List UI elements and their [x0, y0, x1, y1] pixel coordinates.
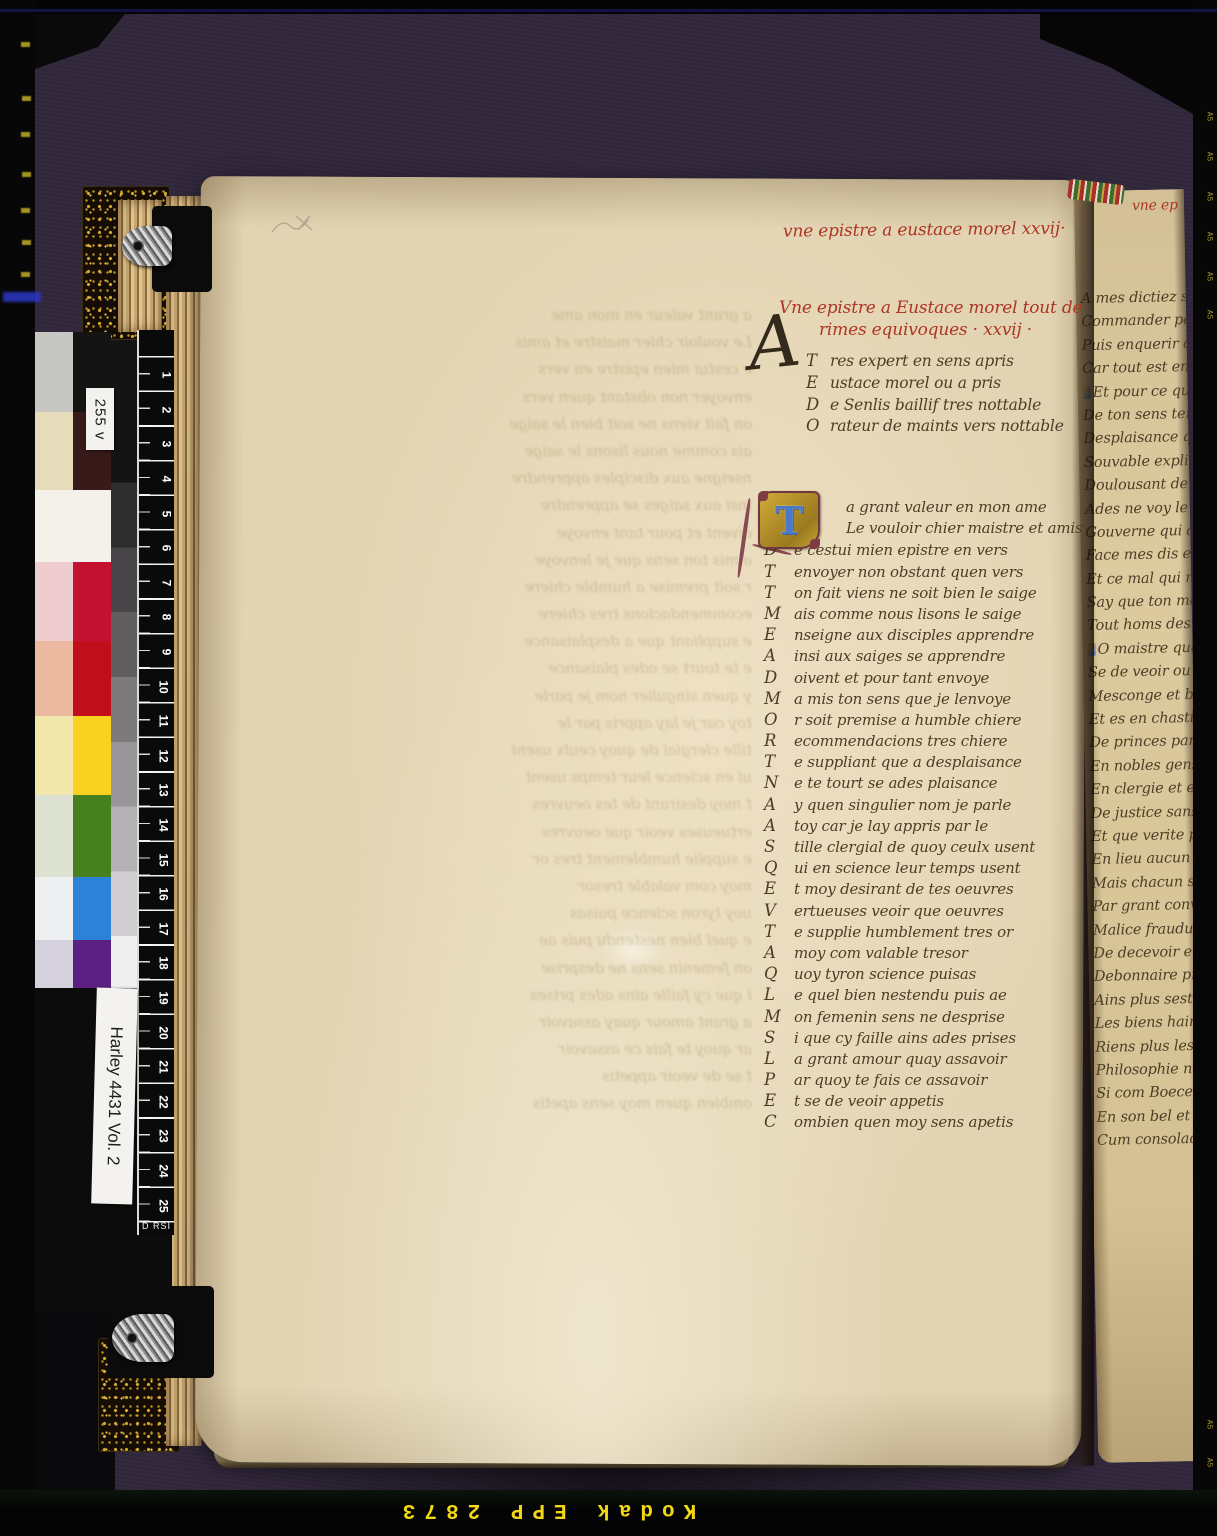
verse-line: Amoy com valable tresor — [764, 943, 1082, 964]
verse-line: Ains plus sestudient — [1094, 990, 1208, 1016]
ruler-number: 1 — [139, 358, 174, 393]
color-patch-row — [35, 716, 111, 795]
ruler-number: 13 — [139, 773, 174, 808]
verse-line: Se de veoir ou tempe — [1088, 663, 1208, 689]
metal-clamp-bottom — [112, 1314, 174, 1362]
verse-line: Orateur de maints vers nottable — [806, 416, 1064, 438]
verse-line: Les biens hains qui — [1095, 1013, 1209, 1039]
ruler-number: 9 — [139, 635, 174, 670]
ruler-number: 4 — [139, 462, 174, 497]
verse-line: En nobles gens et en — [1090, 756, 1208, 782]
ruler-number: 17 — [139, 912, 174, 947]
ruler-number: 21 — [139, 1050, 174, 1085]
calligraphic-initial-A: A — [744, 303, 803, 380]
verse-line: Eustace morel ou a pris — [806, 373, 1064, 395]
ruler-number: 20 — [139, 1015, 174, 1050]
color-patch-left — [35, 716, 73, 795]
ruler-number: 18 — [139, 946, 174, 981]
film-edge-left — [0, 0, 35, 1536]
ruler-number: 11 — [139, 704, 174, 739]
verse-line: Ades ne voy le mond — [1085, 499, 1208, 525]
verse-line: Tres expert en sens apris — [806, 351, 1064, 373]
color-patch-row — [35, 562, 111, 641]
ruler-number: 6 — [139, 531, 174, 566]
verse-line: Si que cy faille ains ades prises — [764, 1028, 1082, 1049]
grayscale-step-wedge — [111, 340, 137, 988]
verse-line: Combien quen moy sens apetis — [764, 1112, 1082, 1133]
ruler-number: 25 — [139, 1188, 174, 1223]
verse-line: Mesconge et barat — [1088, 686, 1208, 712]
verse-line: Mais chacun sefforce — [1092, 873, 1208, 899]
verse-line: Et es en chastiaulx — [1089, 709, 1208, 735]
running-title: vne epistre a eustace morel xxvij· — [783, 218, 1083, 241]
color-patch-left — [35, 877, 73, 940]
initial-letter: T — [760, 493, 818, 547]
color-patch-left — [35, 940, 73, 988]
verse-line: Tenvoyer non obstant quen vers — [764, 562, 1082, 583]
verse-line: Philosophie nous ap — [1096, 1060, 1209, 1086]
verse-line: Ainsi aux saiges se apprendre — [764, 646, 1082, 667]
color-patch-right — [73, 940, 111, 988]
ruler-number: 2 — [139, 393, 174, 428]
color-patch-right — [73, 795, 111, 877]
ruler-number: 7 — [139, 566, 174, 601]
ruler-number: 23 — [139, 1119, 174, 1154]
film-brand-text: Kodak EPP 2873 — [295, 1498, 795, 1521]
verse-line: Recommendacions tres chiere — [764, 731, 1082, 752]
verse-line: Malice frauduleuse — [1093, 920, 1208, 946]
verse-line: Doivent et pour tant envoye — [764, 668, 1082, 689]
rubric-heading: Vne epistre a Eustace morel tout de rime… — [779, 297, 1099, 341]
color-patch-left — [35, 795, 73, 877]
film-edge-right — [1193, 0, 1217, 1536]
verse-line: Gouverne qui de mal — [1085, 522, 1208, 548]
color-patch-left — [35, 332, 73, 412]
folio-number-label: 255 v — [86, 388, 114, 450]
verse-line: Say que ton meism — [1087, 592, 1209, 618]
metal-clamp-top — [122, 226, 172, 266]
film-edge-blue-mark — [3, 292, 41, 302]
color-patch-row — [35, 490, 111, 562]
verse-line: En clergie et en toute — [1090, 779, 1208, 805]
verse-line: Et moy desirant de tes oeuvres — [764, 879, 1082, 900]
color-patch-row — [35, 795, 111, 877]
verse-line: Tout homs desire e — [1087, 616, 1208, 642]
verse-line: Le quel bien nestendu puis ae — [764, 985, 1082, 1006]
verse-line: Quoy tyron science puisas — [764, 964, 1082, 985]
illuminated-initial: T — [758, 491, 820, 549]
verse-line: Mon femenin sens ne desprise — [764, 1007, 1082, 1028]
verse-line: Atoy car je lay appris par le — [764, 816, 1082, 837]
poem-text-column: a grant valeur en mon ame Le vouloir chi… — [764, 498, 1082, 1134]
verse-line: Par quoy te fais ce assavoir — [764, 1070, 1082, 1091]
verse-line: Te supplie humblement tres or — [764, 922, 1082, 943]
measuring-ruler: 1234567891011121314151617181920212223242… — [137, 330, 174, 1235]
verse-line: Te suppliant que a desplaisance — [764, 752, 1082, 773]
film-edge-blue-line — [0, 9, 1217, 12]
recto-running-title: vne ep — [1132, 197, 1178, 214]
verse-line: Stille clergial de quoy ceulx usent — [764, 837, 1082, 858]
color-patch-row — [35, 641, 111, 716]
verse-line: Par grant convoitise — [1092, 896, 1208, 922]
ruler-number: 10 — [139, 669, 174, 704]
verse-line: Enseigne aux disciples apprendre — [764, 625, 1082, 646]
ruler-footer-text: D RSI — [142, 1221, 171, 1231]
clamp-hole — [132, 240, 144, 252]
verse-line: Ay quen singulier nom je parle — [764, 795, 1082, 816]
verse-line: De princes par viel c — [1089, 733, 1208, 759]
color-patch-right — [73, 716, 111, 795]
verse-line: Ton fait viens ne soit bien le saige — [764, 583, 1082, 604]
verse-line: Et que verite point n — [1091, 826, 1208, 852]
verse-line: De justice sans doubte — [1091, 803, 1209, 829]
verse-line: Cum consolacion non — [1097, 1130, 1208, 1156]
manuscript-photograph: a grant valeur en mon ameLe vouloir chie… — [0, 0, 1217, 1536]
verse-line: Riens plus les mo — [1095, 1037, 1208, 1063]
clamp-hole — [126, 1332, 138, 1344]
rubric-heading-line1: Vne epistre a Eustace morel tout de — [779, 297, 1099, 319]
verse-line: Ne te tourt se ades plaisance — [764, 773, 1082, 794]
verse-line: Or soit premise a humble chiere — [764, 710, 1082, 731]
verse-line: Mais comme nous lisons le saige — [764, 604, 1082, 625]
verse-line: Qui en science leur temps usent — [764, 858, 1082, 879]
color-patch-row — [35, 877, 111, 940]
verse-line: De Senlis baillif tres nottable — [806, 395, 1064, 417]
color-patch-row — [35, 940, 111, 988]
ruler-number: 12 — [139, 739, 174, 774]
ruler-numbers: 1234567891011121314151617181920212223242… — [139, 358, 174, 1223]
verse-line: Et ce mal qui mainm — [1086, 569, 1208, 595]
ruler-number: 14 — [139, 808, 174, 843]
color-patch-left — [35, 412, 73, 490]
verse-line: Ma mis ton sens que je lenvoye — [764, 689, 1082, 710]
pencil-inscription — [268, 210, 316, 244]
verse-line: Debonnaire prouffit — [1094, 967, 1208, 993]
verse-line: La grant amour quay assavoir — [764, 1049, 1082, 1070]
verse-line: Si com Boece trait — [1096, 1084, 1208, 1110]
verse-line: Vertueuses veoir que oeuvres — [764, 901, 1082, 922]
ruler-number: 19 — [139, 981, 174, 1016]
verse-line: En son bel et notable — [1096, 1107, 1208, 1133]
verse-line: De decevoir et nul n — [1093, 943, 1208, 969]
ruler-number: 15 — [139, 842, 174, 877]
ruler-number: 24 — [139, 1154, 174, 1189]
color-patch-left — [35, 641, 73, 716]
color-patch-right — [73, 562, 111, 641]
color-patch-left — [35, 490, 73, 562]
verse-line: Face mes dis en tout — [1086, 546, 1209, 572]
ruler-number: 16 — [139, 877, 174, 912]
verse-line: Et se de veoir appetis — [764, 1091, 1082, 1112]
verse-line: En lieu aucun muce — [1091, 850, 1208, 876]
rubric-heading-line2: rimes equivoques · xxvij · — [779, 319, 1099, 341]
opening-stanza: Tres expert en sens apris Eustace morel … — [806, 351, 1064, 438]
color-patch-left — [35, 562, 73, 641]
color-patch-right — [73, 490, 111, 562]
ruler-number: 5 — [139, 496, 174, 531]
ruler-number: 22 — [139, 1084, 174, 1119]
color-patch-right — [73, 877, 111, 940]
verse-line: O maistre quel mo — [1087, 639, 1208, 665]
ruler-number: 3 — [139, 427, 174, 462]
shelfmark-label: Harley 4431 Vol. 2 — [91, 988, 138, 1205]
show-through-text: a grant valeur en mon ameLe vouloir chie… — [420, 306, 752, 1122]
color-patch-right — [73, 641, 111, 716]
ruler-number: 8 — [139, 600, 174, 635]
